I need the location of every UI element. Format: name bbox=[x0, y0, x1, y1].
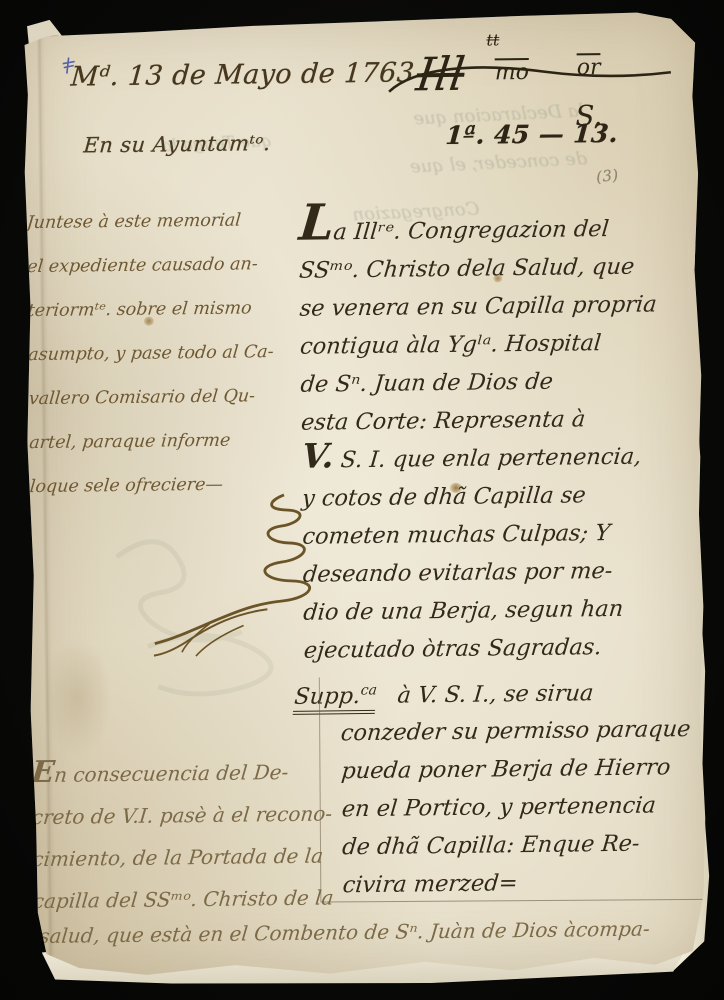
report-note-line: capilla del SSᵐᵒ. Christo de la bbox=[31, 876, 345, 922]
salutation-illmo: Ill bbox=[413, 47, 468, 102]
scanned-manuscript: la Declaracion que de conceder, el que C… bbox=[0, 0, 724, 1000]
reference-number: 1ª. 45 — 13. bbox=[445, 119, 620, 150]
margin-note-line: artel, paraque informe bbox=[27, 418, 316, 466]
report-note-line: creto de V.I. pasè à el recono- bbox=[30, 792, 344, 838]
assembly-line: En su Ayuntamᵗᵒ. bbox=[83, 131, 272, 157]
boxed-request-line: de dhã Capilla: Enque Re- bbox=[341, 824, 715, 867]
margin-note-line: teriormᵗᵉ. sobre el mismo bbox=[26, 286, 315, 334]
report-note-block: En consecuencia del De- creto de V.I. pa… bbox=[31, 750, 343, 922]
boxed-request-line: civira merzed= bbox=[341, 862, 715, 905]
main-text-line: dio de una Berja, segun han bbox=[302, 589, 710, 632]
folio-number: 2685 bbox=[50, 18, 102, 41]
pencil-page-number: (3) bbox=[595, 166, 619, 186]
margin-decree-note: Juntese à este memorial el expediente ca… bbox=[26, 198, 315, 509]
margin-note-line: Juntese à este memorial bbox=[25, 198, 314, 246]
manuscript-page: la Declaracion que de conceder, el que C… bbox=[20, 10, 710, 980]
main-text-line: V. S. I. que enla pertenencia, bbox=[300, 437, 708, 480]
main-text-line: deseando evitarlas por me- bbox=[301, 551, 709, 594]
margin-note-line: vallero Comisario del Qu- bbox=[27, 374, 316, 422]
main-text-line: contigua àla Ygˡᵃ. Hospital bbox=[298, 323, 706, 366]
boxed-request-line: en el Portico, y pertenencia bbox=[340, 786, 714, 829]
main-text-line: se venera en su Capilla propria bbox=[298, 285, 706, 328]
main-text-line: cometen muchas Culpas; Y bbox=[301, 513, 709, 556]
boxed-request-block: conzeder su permisso paraque pueda poner… bbox=[341, 710, 713, 905]
report-note-line: En consecuencia del De- bbox=[29, 750, 343, 796]
main-text-line: esta Corte: Representa à bbox=[299, 399, 707, 442]
main-text-line: La Illʳᵉ. Congregazion del bbox=[297, 206, 706, 252]
date-line: Mᵈ. 13 de Mayo de 1763 bbox=[70, 57, 416, 92]
main-text-line: ejecutado òtras Sagradas. bbox=[302, 627, 710, 670]
report-note-line: cimiento, de la Portada de la bbox=[30, 834, 344, 880]
main-text-block: La Illʳᵉ. Congregazion del SSᵐᵒ. Christo… bbox=[299, 206, 710, 670]
margin-note-line: el expediente causado an- bbox=[25, 242, 314, 290]
boxed-request-line: pueda poner Berja de Hierro bbox=[340, 748, 714, 791]
boxed-request-line: conzeder su permisso paraque bbox=[339, 710, 713, 753]
margin-note-line: asumpto, y pase todo al Ca- bbox=[26, 330, 315, 378]
salutation-superscript: or bbox=[577, 55, 601, 80]
abbreviation-mark: tt bbox=[486, 30, 499, 49]
main-text-line: SSᵐᵒ. Christo dela Salud, que bbox=[297, 247, 705, 290]
salutation-superscript: mo bbox=[495, 60, 529, 85]
main-text-line: de Sⁿ. Juan de Dios de bbox=[299, 361, 707, 404]
main-text-line: y cotos de dhã Capilla se bbox=[300, 475, 708, 518]
